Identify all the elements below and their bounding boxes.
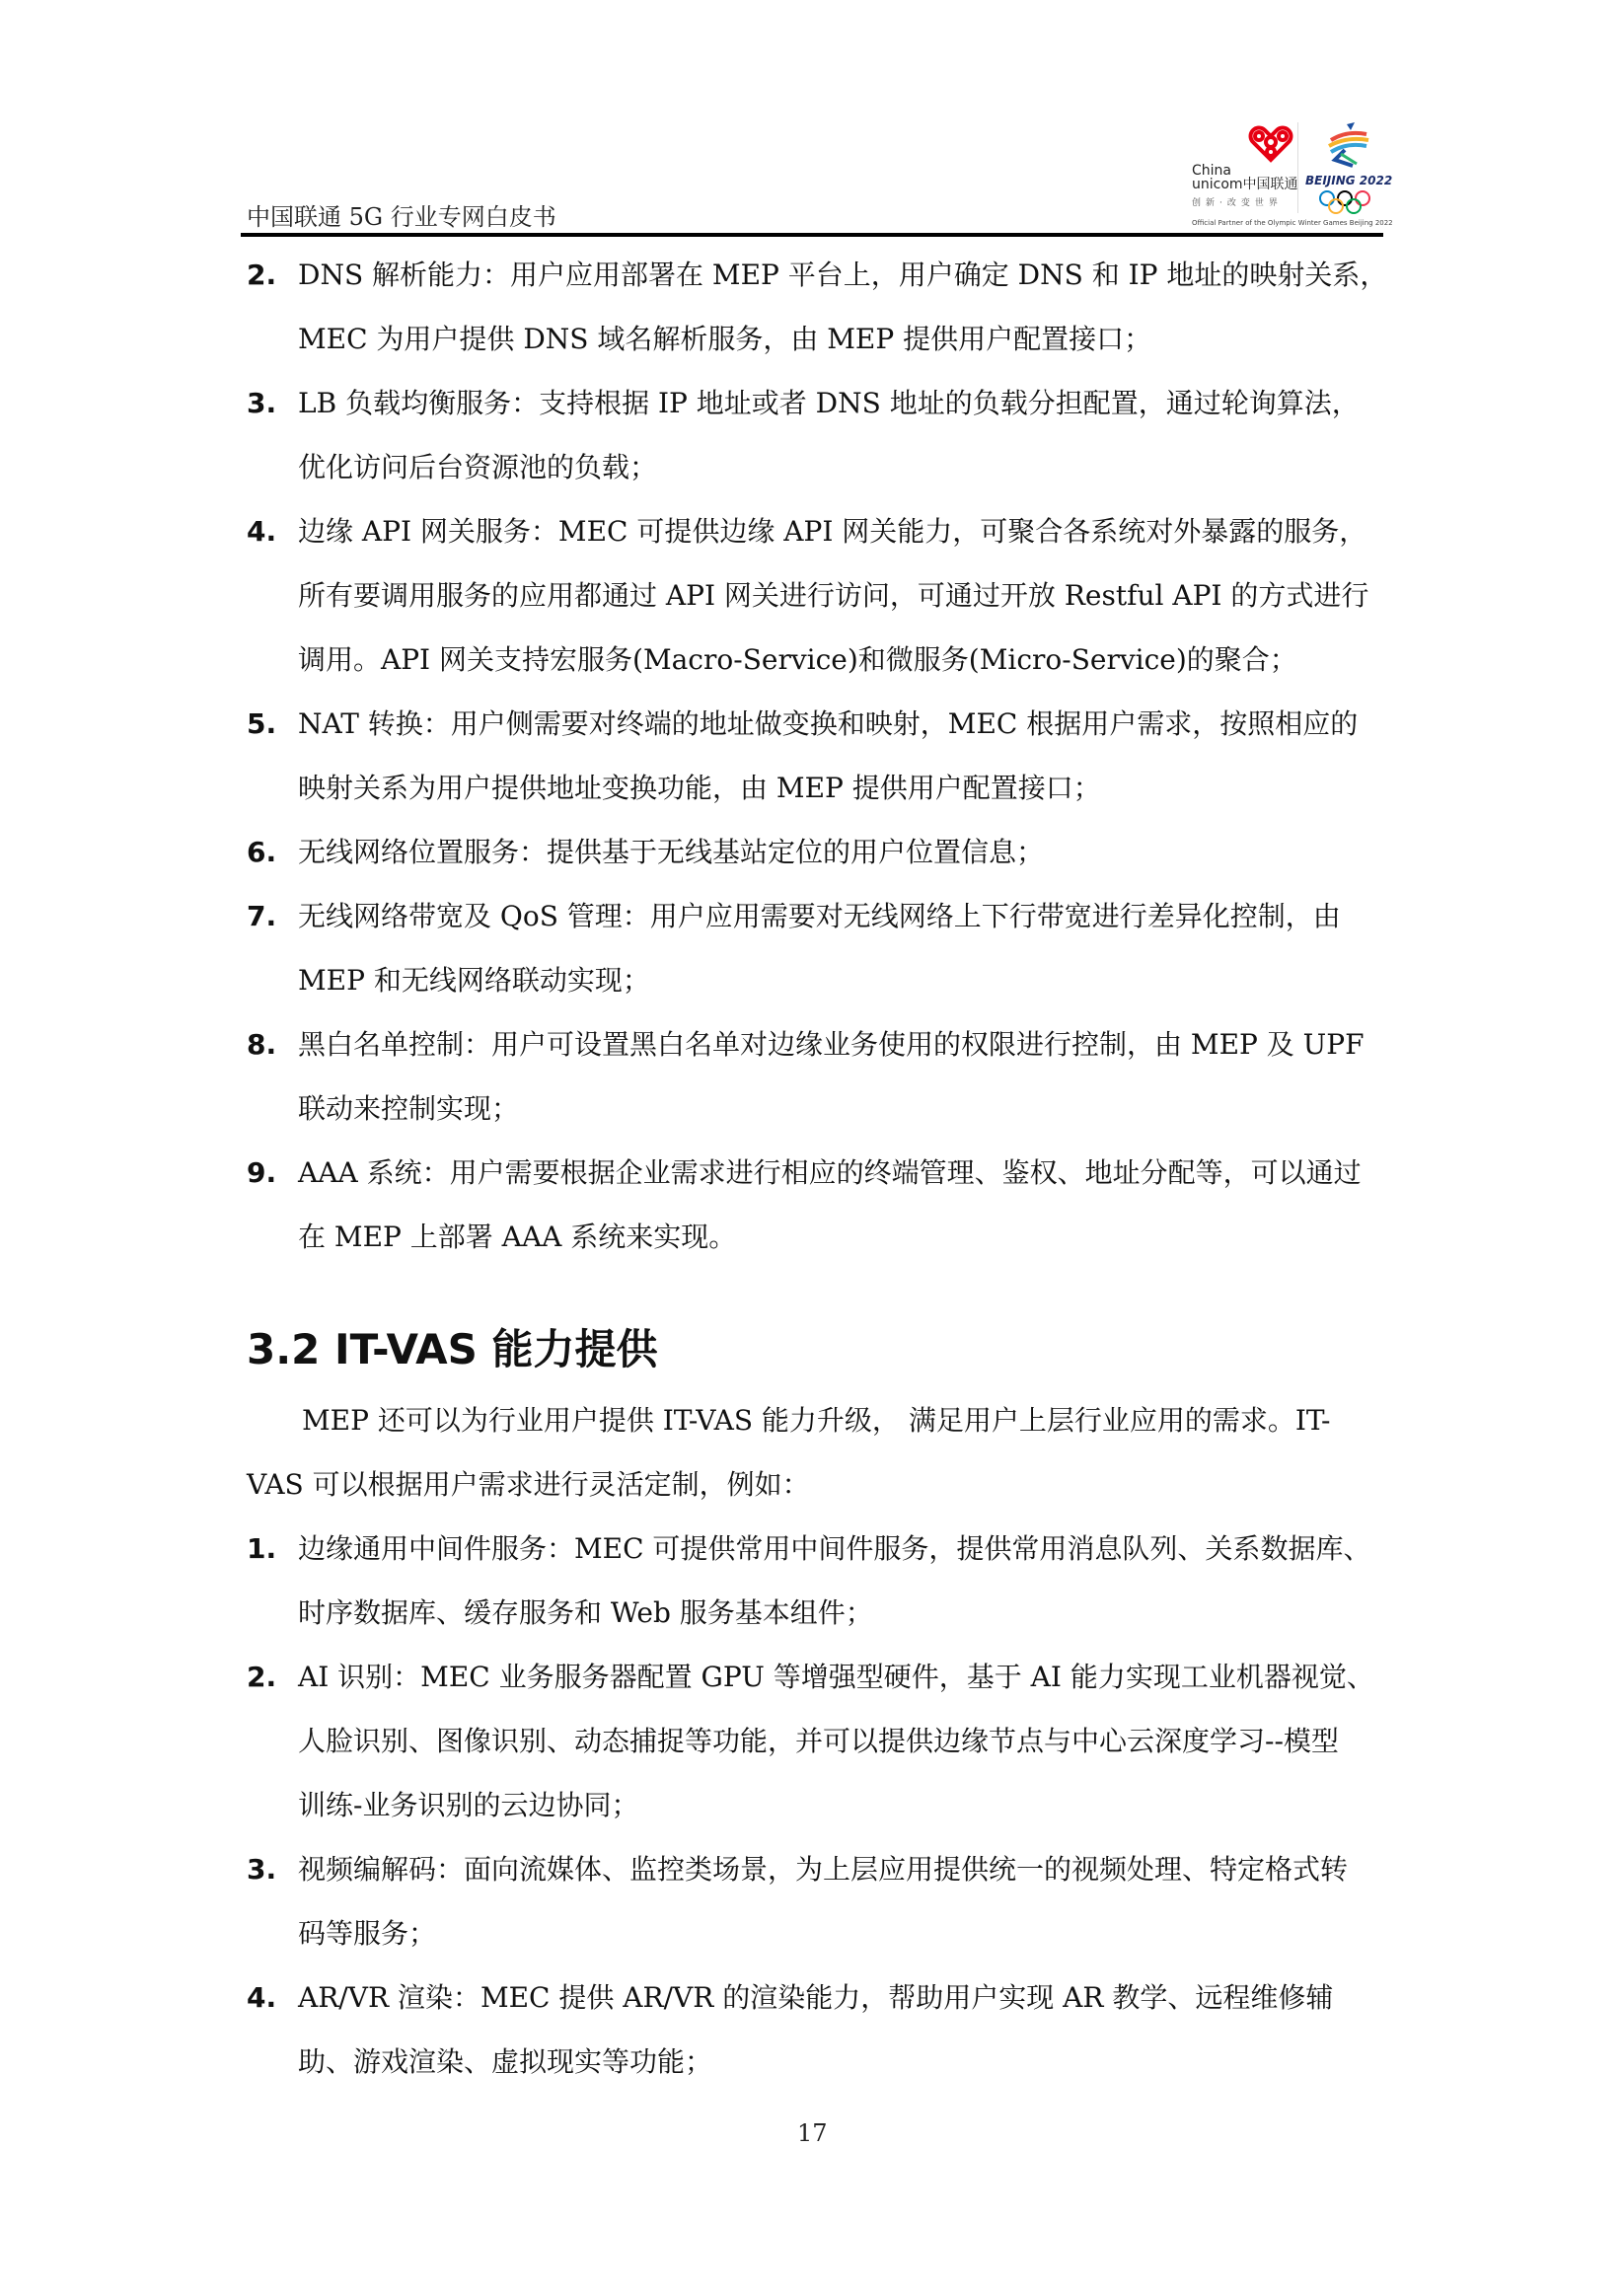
list-item-text: 训练-业务识别的云边协同； [247, 1773, 1391, 1837]
header-logos: China unicom中国联通 创新·改变世界 BEIJING 2022 Of… [1189, 111, 1426, 229]
list-item: 3. LB 负载均衡服务：支持根据 IP 地址或者 DNS 地址的负载分担配置，… [247, 371, 1391, 499]
section-heading: 3.2 IT-VAS 能力提供 [247, 1317, 658, 1376]
list-item-text: 时序数据库、缓存服务和 Web 服务基本组件； [247, 1581, 1391, 1645]
china-unicom-wordmark-line1: China [1192, 164, 1231, 178]
list-item-text: 助、游戏渲染、虚拟现实等功能； [247, 2030, 1391, 2094]
running-header-title: 中国联通 5G 行业专网白皮书 [247, 197, 556, 232]
list-item: 1. 边缘通用中间件服务：MEC 可提供常用中间件服务，提供常用消息队列、关系数… [247, 1517, 1391, 1645]
list-item-number: 2. [247, 243, 276, 307]
list-item-text: DNS 解析能力：用户应用部署在 MEP 平台上，用户确定 DNS 和 IP 地… [247, 243, 1391, 307]
list-item: 8. 黑白名单控制：用户可设置黑白名单对边缘业务使用的权限进行控制，由 MEP … [247, 1012, 1391, 1141]
list-item-text: MEC 为用户提供 DNS 域名解析服务，由 MEP 提供用户配置接口； [247, 307, 1391, 371]
list-item: 2. AI 识别：MEC 业务服务器配置 GPU 等增强型硬件，基于 AI 能力… [247, 1645, 1391, 1837]
list-item: 9. AAA 系统：用户需要根据企业需求进行相应的终端管理、鉴权、地址分配等，可… [247, 1141, 1391, 1269]
list-item: 6. 无线网络位置服务：提供基于无线基站定位的用户位置信息； [247, 820, 1391, 884]
list-item-number: 5. [247, 692, 276, 756]
list-item-text: 映射关系为用户提供地址变换功能，由 MEP 提供用户配置接口； [247, 756, 1391, 820]
list-item-text: 人脸识别、图像识别、动态捕捉等功能，并可以提供边缘节点与中心云深度学习--模型 [247, 1709, 1391, 1773]
list-item-text: MEP 和无线网络联动实现； [247, 948, 1391, 1012]
list-item-text: 边缘通用中间件服务：MEC 可提供常用中间件服务，提供常用消息队列、关系数据库、 [247, 1517, 1391, 1581]
list-item: 4. 边缘 API 网关服务：MEC 可提供边缘 API 网关能力，可聚合各系统… [247, 499, 1391, 692]
list-item-text: 无线网络位置服务：提供基于无线基站定位的用户位置信息； [247, 820, 1391, 884]
beijing-2022-emblem-icon [1317, 120, 1376, 170]
list-item-text: 视频编解码：面向流媒体、监控类场景，为上层应用提供统一的视频处理、特定格式转 [247, 1837, 1391, 1901]
list-item-number: 3. [247, 371, 276, 435]
list-item: 4. AR/VR 渲染：MEC 提供 AR/VR 的渲染能力，帮助用户实现 AR… [247, 1965, 1391, 2094]
list-item-number: 1. [247, 1517, 276, 1581]
list-item-number: 6. [247, 820, 276, 884]
list-item: 7. 无线网络带宽及 QoS 管理：用户应用需要对无线网络上下行带宽进行差异化控… [247, 884, 1391, 1012]
page-number: 17 [797, 2119, 828, 2147]
olympic-partner-text: Official Partner of the Olympic Winter G… [1192, 219, 1393, 227]
list-item-text: 无线网络带宽及 QoS 管理：用户应用需要对无线网络上下行带宽进行差异化控制，由 [247, 884, 1391, 948]
list-item-number: 9. [247, 1141, 276, 1205]
list-item: 5. NAT 转换：用户侧需要对终端的地址做变换和映射，MEC 根据用户需求，按… [247, 692, 1391, 820]
list-item-text: 黑白名单控制：用户可设置黑白名单对边缘业务使用的权限进行控制，由 MEP 及 U… [247, 1012, 1391, 1076]
list-item-number: 7. [247, 884, 276, 948]
list-item-text: 所有要调用服务的应用都通过 API 网关进行访问，可通过开放 Restful A… [247, 563, 1391, 628]
list-item-number: 4. [247, 1965, 276, 2030]
list-item-text: 优化访问后台资源池的负载； [247, 435, 1391, 499]
list-item-text: 码等服务； [247, 1901, 1391, 1965]
list-item: 3. 视频编解码：面向流媒体、监控类场景，为上层应用提供统一的视频处理、特定格式… [247, 1837, 1391, 1965]
list-item-number: 4. [247, 499, 276, 563]
document-page: 中国联通 5G 行业专网白皮书 China unicom中国联通 创新·改变世界… [0, 0, 1624, 2296]
paragraph-line: VAS 可以根据用户需求进行灵活定制，例如： [247, 1452, 1391, 1517]
list-item-number: 2. [247, 1645, 276, 1709]
list-item-text: AI 识别：MEC 业务服务器配置 GPU 等增强型硬件，基于 AI 能力实现工… [247, 1645, 1391, 1709]
list-item-text: 联动来控制实现； [247, 1076, 1391, 1141]
china-unicom-knot-icon [1245, 120, 1296, 164]
list-item-text: 边缘 API 网关服务：MEC 可提供边缘 API 网关能力，可聚合各系统对外暴… [247, 499, 1391, 563]
list-item: 2. DNS 解析能力：用户应用部署在 MEP 平台上，用户确定 DNS 和 I… [247, 243, 1391, 371]
paragraph-line: MEP 还可以为行业用户提供 IT-VAS 能力升级， 满足用户上层行业应用的需… [247, 1388, 1391, 1452]
list-item-text: LB 负载均衡服务：支持根据 IP 地址或者 DNS 地址的负载分担配置，通过轮… [247, 371, 1391, 435]
list-item-number: 8. [247, 1012, 276, 1076]
section-intro-paragraph: MEP 还可以为行业用户提供 IT-VAS 能力升级， 满足用户上层行业应用的需… [247, 1388, 1391, 1517]
china-unicom-slogan: 创新·改变世界 [1192, 195, 1283, 208]
list-item-text: NAT 转换：用户侧需要对终端的地址做变换和映射，MEC 根据用户需求，按照相应… [247, 692, 1391, 756]
china-unicom-wordmark-line2: unicom中国联通 [1192, 178, 1298, 191]
header-rule [241, 233, 1383, 237]
list-item-number: 3. [247, 1837, 276, 1901]
beijing-2022-label: BEIJING 2022 [1305, 174, 1392, 187]
list-item-text: 在 MEP 上部署 AAA 系统来实现。 [247, 1205, 1391, 1269]
logo-divider [1297, 122, 1298, 213]
olympic-rings-icon [1315, 189, 1374, 215]
list-item-text: AAA 系统：用户需要根据企业需求进行相应的终端管理、鉴权、地址分配等，可以通过 [247, 1141, 1391, 1205]
list-item-text: AR/VR 渲染：MEC 提供 AR/VR 的渲染能力，帮助用户实现 AR 教学… [247, 1965, 1391, 2030]
list-item-text: 调用。API 网关支持宏服务(Macro-Service)和微服务(Micro-… [247, 628, 1391, 692]
